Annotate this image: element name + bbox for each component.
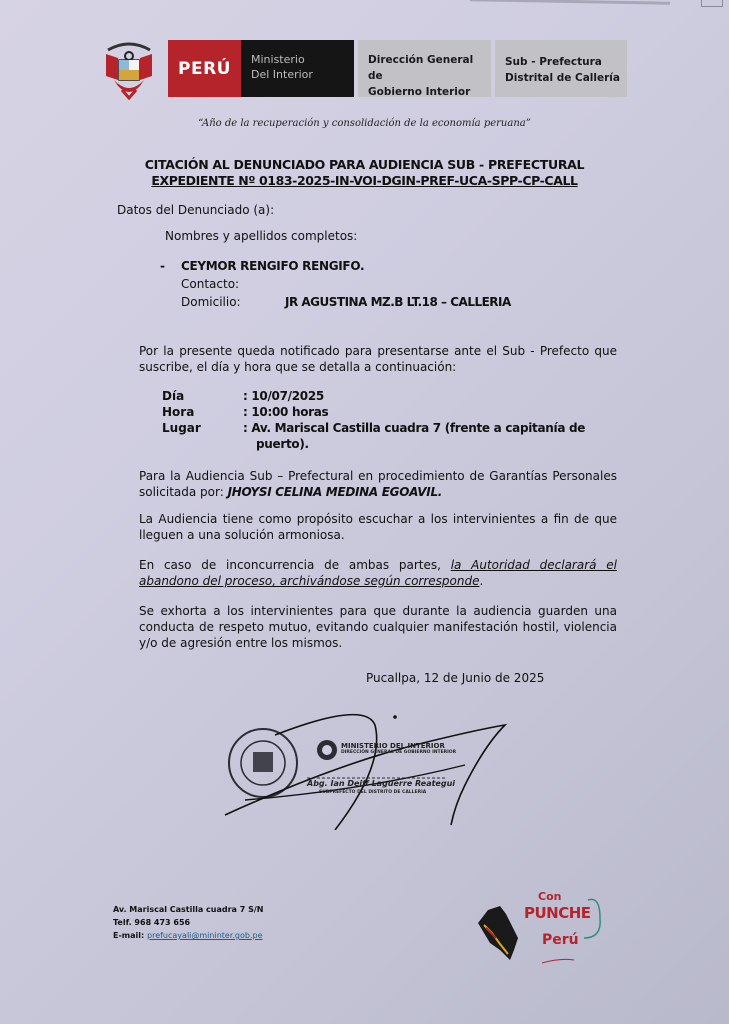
- ministry-line1: Ministerio: [251, 52, 354, 67]
- day-label: Día: [162, 389, 184, 403]
- stamp-ministry: MINISTERIO DEL INTERIOR: [341, 742, 445, 750]
- address-label: Domicilio:: [181, 295, 241, 309]
- paragraph-requester: Para la Audiencia Sub – Prefectural en p…: [117, 468, 617, 500]
- bullet: -: [160, 259, 165, 273]
- footer-email-row: E-mail: prefucayali@mininter.gob.pe: [113, 929, 263, 942]
- logo-punche: PUNCHE: [524, 904, 591, 922]
- ministry-block: Ministerio Del Interior: [241, 40, 354, 97]
- signer-title: SUBPREFECTO DEL DISTRITO DE CALLERIA: [319, 790, 426, 795]
- p2-text: La Audiencia tiene como propósito escuch…: [117, 511, 617, 543]
- notice-paragraph: Por la presente queda notificado para pr…: [117, 343, 617, 375]
- campaign-logo: Con PUNCHE Perú: [470, 888, 610, 968]
- footer-address: Av. Mariscal Castilla cuadra 7 S/N: [113, 903, 263, 916]
- logo-con: Con: [538, 890, 561, 903]
- p3-text: En caso de inconcurrencia de ambas parte…: [139, 558, 451, 572]
- day-value: : 10/07/2025: [243, 389, 324, 403]
- place-value-line2: puerto).: [256, 437, 309, 451]
- direction-block: Dirección General de Gobierno Interior: [358, 40, 491, 97]
- time-label: Hora: [162, 405, 194, 419]
- paragraph-abandonment: En caso de inconcurrencia de ambas parte…: [117, 557, 617, 589]
- paper-edge-shadow: [470, 0, 670, 5]
- logo-peru: Perú: [542, 932, 579, 948]
- paragraph-purpose: La Audiencia tiene como propósito escuch…: [117, 511, 617, 543]
- case-number: EXPEDIENTE Nº 0183-2025-IN-VOI-DGIN-PREF…: [0, 173, 729, 188]
- paper-corner: [701, 0, 723, 7]
- office-line1: Sub - Prefectura: [505, 54, 627, 70]
- names-label: Nombres y apellidos completos:: [165, 229, 357, 243]
- place-value-line1: : Av. Mariscal Castilla cuadra 7 (frente…: [243, 421, 585, 435]
- country-block: PERÚ: [168, 40, 241, 97]
- requester-name: JHOYSI CELINA MEDINA EGOAVIL.: [228, 485, 442, 499]
- p1: Para la Audiencia Sub – Prefectural en p…: [117, 468, 617, 500]
- p4-text: Se exhorta a los intervinientes para que…: [117, 603, 617, 651]
- footer-contact: Av. Mariscal Castilla cuadra 7 S/N Telf.…: [113, 903, 263, 942]
- notice-text: Por la presente queda notificado para pr…: [117, 343, 617, 375]
- section-label: Datos del Denunciado (a):: [117, 203, 274, 217]
- direction-line1: Dirección General de: [368, 52, 491, 84]
- p3: En caso de inconcurrencia de ambas parte…: [117, 557, 617, 589]
- signature-block: MINISTERIO DEL INTERIOR DIRECCIÓN GENERA…: [215, 705, 525, 830]
- direction-line2: Gobierno Interior: [368, 84, 491, 100]
- email-label: E-mail:: [113, 931, 147, 940]
- email-link[interactable]: prefucayali@mininter.gob.pe: [147, 931, 263, 940]
- time-value: : 10:00 horas: [243, 405, 328, 419]
- coat-of-arms-icon: [100, 40, 158, 100]
- p3-end: .: [479, 574, 483, 588]
- footer-phone: Telf. 968 473 656: [113, 916, 263, 929]
- address-value: JR AGUSTINA MZ.B LT.18 – CALLERIA: [285, 295, 511, 309]
- office-line2: Distrital de Callería: [505, 70, 627, 86]
- document-page: PERÚ Ministerio Del Interior Dirección G…: [0, 0, 729, 1024]
- paragraph-conduct: Se exhorta a los intervinientes para que…: [117, 603, 617, 651]
- year-motto: “Año de la recuperación y consolidación …: [0, 118, 729, 129]
- denunciado-name: CEYMOR RENGIFO RENGIFO.: [181, 259, 364, 273]
- contact-label: Contacto:: [181, 277, 239, 291]
- official-seal-icon: [215, 705, 525, 830]
- ministry-banner: PERÚ Ministerio Del Interior Dirección G…: [168, 40, 627, 97]
- document-title: CITACIÓN AL DENUNCIADO PARA AUDIENCIA SU…: [0, 157, 729, 172]
- stamp-direction: DIRECCIÓN GENERAL DE GOBIERNO INTERIOR: [341, 750, 456, 755]
- ministry-line2: Del Interior: [251, 67, 354, 82]
- place-label: Lugar: [162, 421, 201, 435]
- office-block: Sub - Prefectura Distrital de Callería: [495, 40, 627, 97]
- signer-name: Abg. Ian Deiff Laguerre Reategui: [307, 779, 455, 788]
- letterhead: PERÚ Ministerio Del Interior Dirección G…: [100, 40, 635, 102]
- place-date: Pucallpa, 12 de Junio de 2025: [366, 671, 544, 685]
